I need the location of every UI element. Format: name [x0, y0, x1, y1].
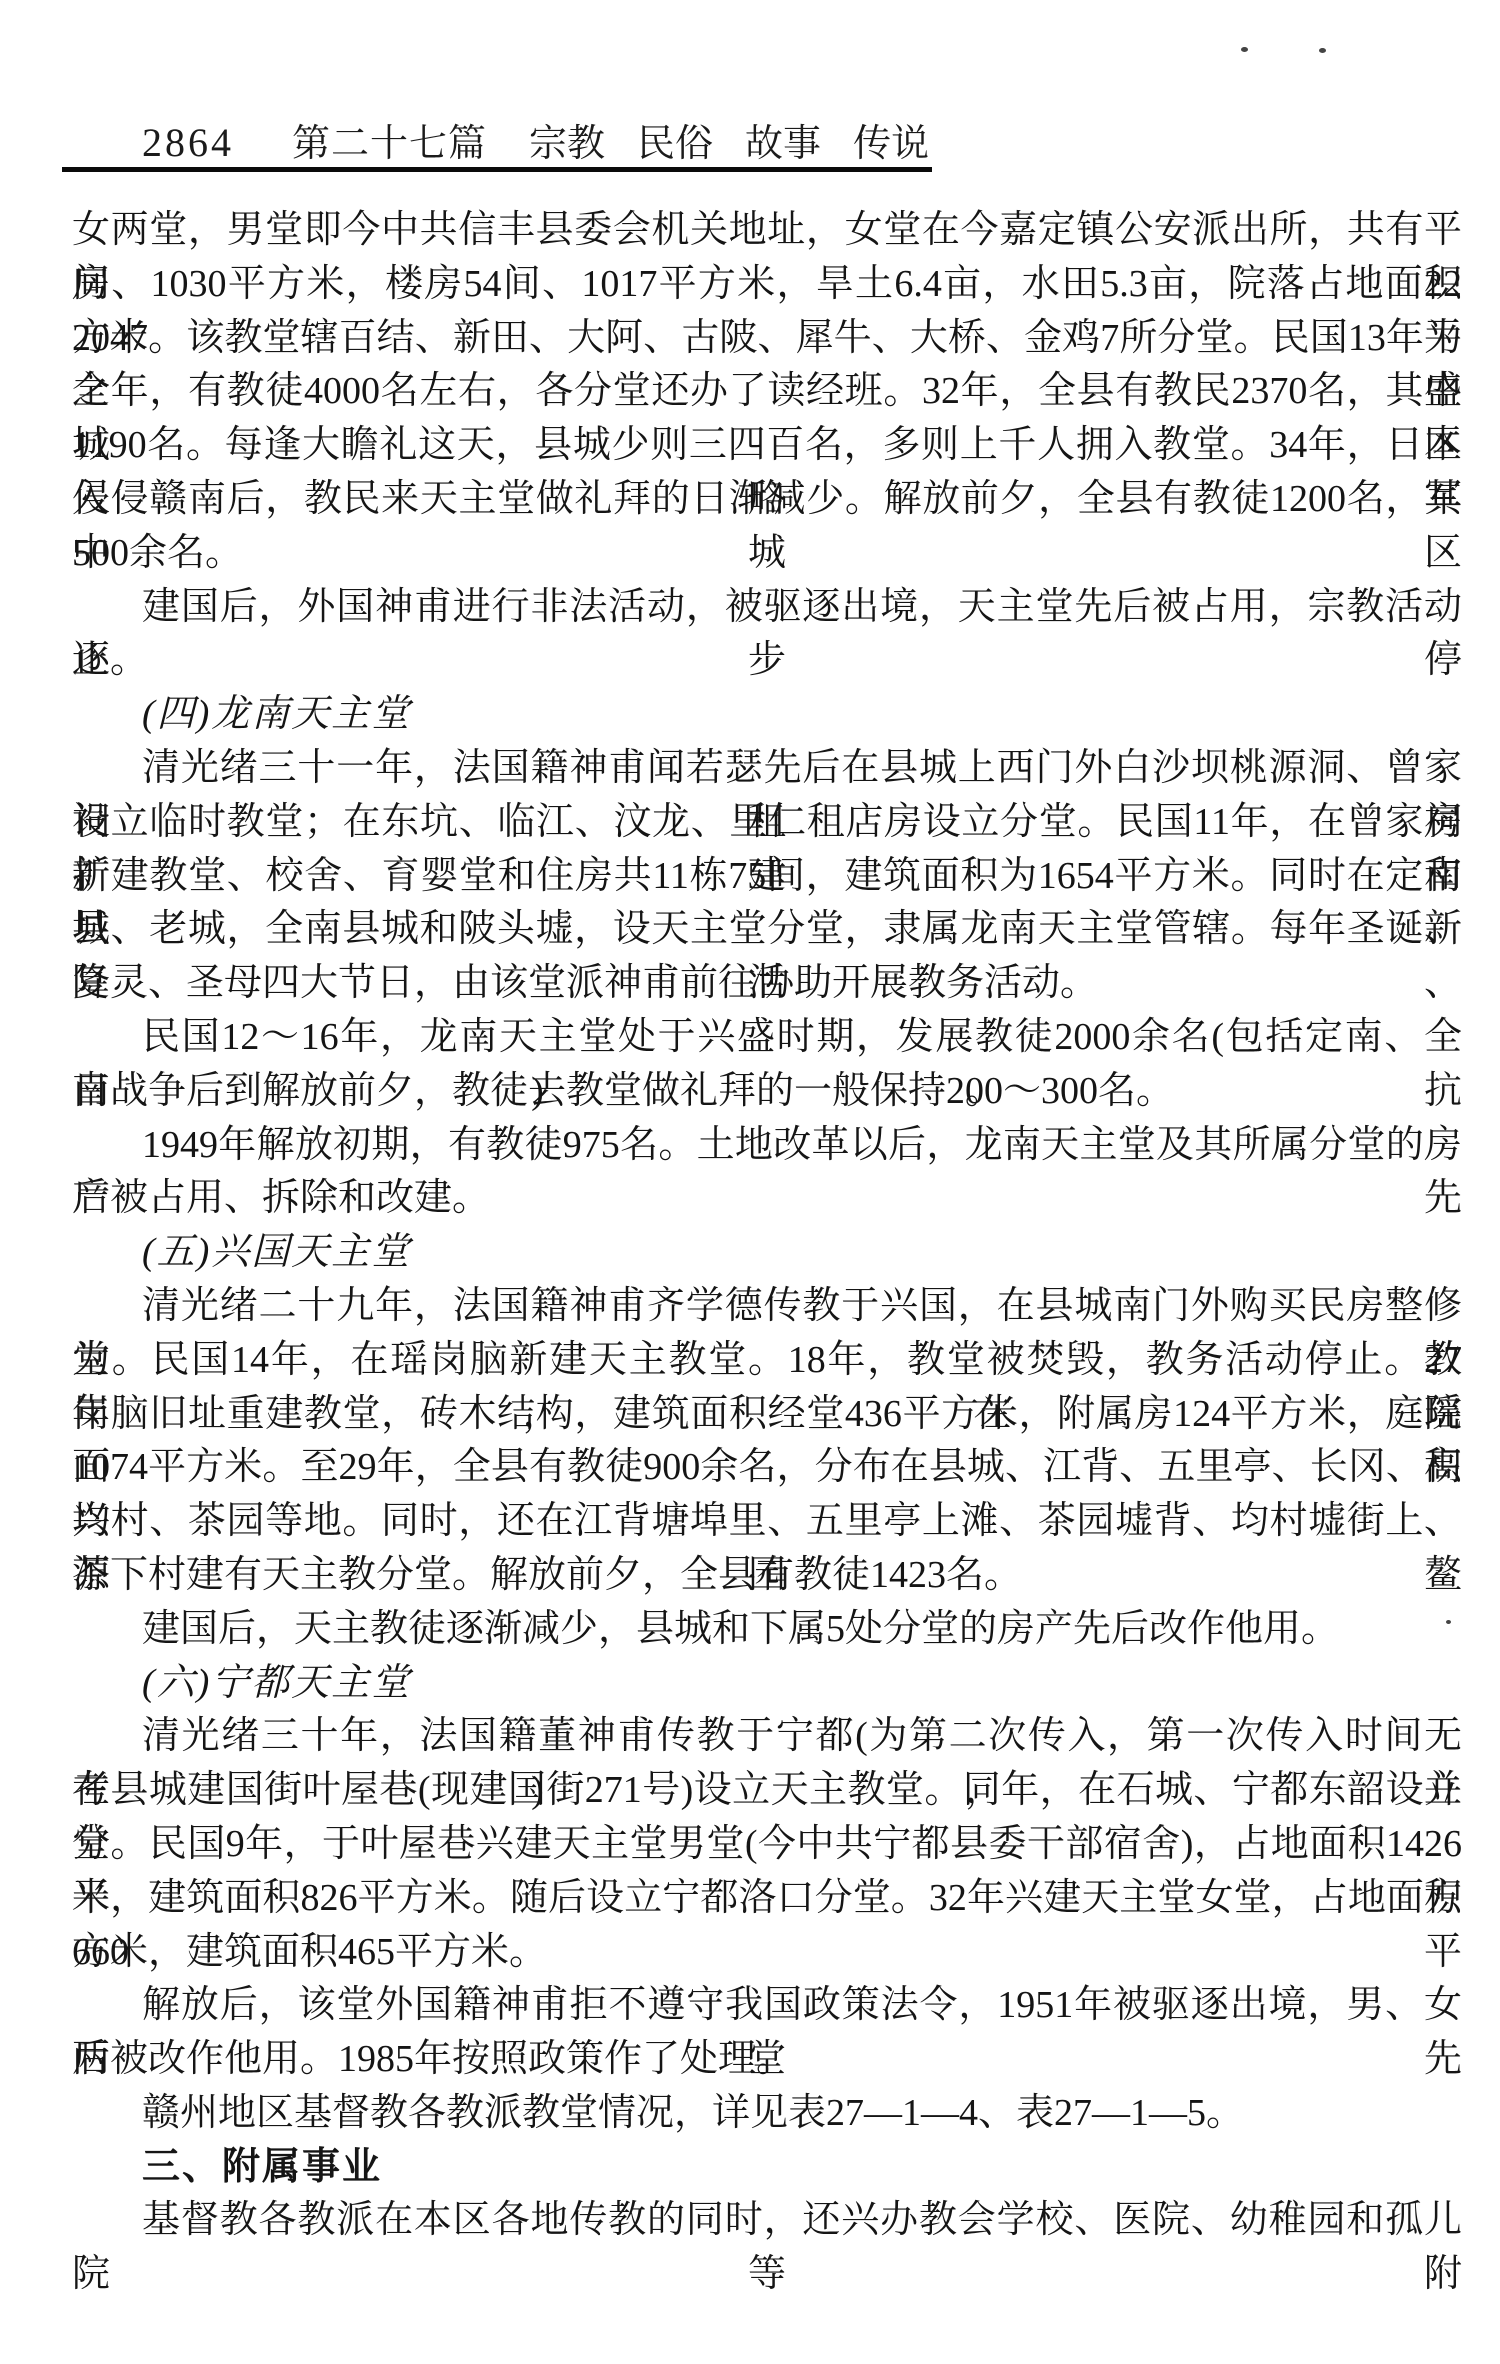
text-line: 堂。民国9年，于叶屋巷兴建天主堂男堂(今中共宁都县委干部宿舍)，占地面积1426… [72, 1818, 1462, 1872]
subsection-heading: 三、附属事业 [72, 2141, 1462, 2195]
text-line: 清光绪三十年，法国籍董神甫传教于宁都(为第二次传入，第一次传入时间无考)，并 [72, 1710, 1462, 1764]
header-rule [62, 167, 932, 172]
text-line: 解放后，该堂外国籍神甫拒不遵守我国政策法令，1951年被驱逐出境，男、女两堂先 [72, 1979, 1462, 2033]
text-line: 清光绪二十九年，法国籍神甫齐学德传教于兴国，在县城南门外购买民房整修为教 [72, 1280, 1462, 1334]
text-block: 女两堂，男堂即今中共信丰县委会机关地址，女堂在今嘉定镇公安派出所，共有平房22间… [72, 204, 1462, 2248]
text-line: 1074平方米。至29年，全县有教徒900余名，分布在县城、江背、五里亭、长冈、… [72, 1441, 1462, 1495]
text-line: 方米。该教堂辖百结、新田、大阿、古陂、犀牛、大桥、金鸡7所分堂。民国13年为全盛 [72, 312, 1462, 366]
page-number: 2864 [142, 119, 234, 166]
scan-speck [1319, 48, 1326, 53]
running-header: 2864 第二十七篇 宗教 民俗 故事 传说 [142, 112, 929, 167]
text-line: 堂。民国14年，在瑶岗脑新建天主教堂。18年，教堂被焚毁，教务活动停止。27年，… [72, 1334, 1462, 1388]
text-line: 建国后，天主教徒逐渐减少，县城和下属5处分堂的房产先后改作他用。 [72, 1603, 1462, 1657]
text-line: 1190名。每逢大瞻礼这天，县城少则三四百名，多则上千人拥入教堂。34年，日本侵… [72, 419, 1462, 473]
chapter-title: 第二十七篇 [292, 112, 487, 167]
book-page: 2864 第二十七篇 宗教 民俗 故事 传说 女两堂，男堂即今中共信丰县委会机关… [0, 0, 1500, 2364]
text-line: 米，建筑面积826平方米。随后设立宁都洛口分堂。32年兴建天主堂女堂，占地面积6… [72, 1872, 1462, 1926]
text-line: 基督教各教派在本区各地传教的同时，还兴办教会学校、医院、幼稚园和孤儿院等附 [72, 2194, 1462, 2248]
text-line: 均村、茶园等地。同时，还在江背塘埠里、五里亭上滩、茶园墟背、均村墟街上、茶园鳌 [72, 1495, 1462, 1549]
section-heading: (六)宁都天主堂 [72, 1657, 1462, 1711]
text-line: 赣州地区基督教各教派教堂情况，详见表27—1—4、表27—1—5。 [72, 2087, 1462, 2141]
text-line: 设立临时教堂；在东坑、临江、汶龙、里仁租店房设立分堂。民国11年，在曾家祠新建和 [72, 796, 1462, 850]
scan-speck [1446, 1620, 1451, 1624]
text-line: 建国后，外国神甫进行非法活动，被驱逐出境，天主堂先后被占用，宗教活动逐步停 [72, 581, 1462, 635]
header-topic-stories: 故事 [745, 112, 821, 167]
header-topic-religion: 宗教 [529, 112, 605, 167]
text-line: 间、1030平方米，楼房54间、1017平方米，旱土6.4亩，水田5.3亩，院落… [72, 258, 1462, 312]
header-topic-folklore: 民俗 [637, 112, 713, 167]
text-line: 在县城建国街叶屋巷(现建国街271号)设立天主教堂。同年，在石城、宁都东韶设立分 [72, 1764, 1462, 1818]
text-line: 扩建教堂、校舍、育婴堂和住房共11栋75间，建筑面积为1654平方米。同时在定南… [72, 850, 1462, 904]
text-line: 之年，有教徒4000名左右，各分堂还办了读经班。32年，全县有教民2370名，其… [72, 365, 1462, 419]
section-heading: (五)兴国天主堂 [72, 1226, 1462, 1280]
header-topics: 宗教 民俗 故事 传说 [529, 112, 929, 167]
section-heading: (四)龙南天主堂 [72, 688, 1462, 742]
text-line: 清光绪三十一年，法国籍神甫闻若瑟先后在县城上西门外白沙坝桃源洞、曾家祠租房 [72, 742, 1462, 796]
text-line: 女两堂，男堂即今中共信丰县委会机关地址，女堂在今嘉定镇公安派出所，共有平房22 [72, 204, 1462, 258]
text-line: 1949年解放初期，有教徒975名。土地改革以后，龙南天主堂及其所属分堂的房产先 [72, 1119, 1462, 1173]
scan-speck [1241, 47, 1248, 52]
header-topic-legends: 传说 [853, 112, 929, 167]
text-line: 民国12～16年，龙南天主堂处于兴盛时期，发展教徒2000余名(包括定南、全南)… [72, 1011, 1462, 1065]
text-line: 城、老城，全南县城和陂头墟，设天主堂分堂，隶属龙南天主堂管辖。每年圣诞、复活、 [72, 903, 1462, 957]
text-line: 入侵赣南后，教民来天主堂做礼拜的日渐减少。解放前夕，全县有教徒1200名，其中城… [72, 473, 1462, 527]
text-line: 岗脑旧址重建教堂，砖木结构，建筑面积经堂436平方米，附属房124平方米，庭院面… [72, 1388, 1462, 1442]
